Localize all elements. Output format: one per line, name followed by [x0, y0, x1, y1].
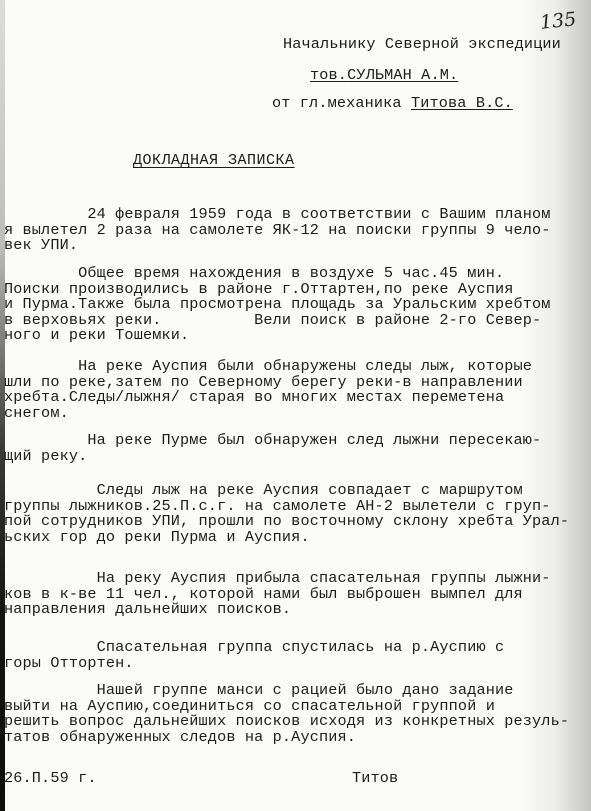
recipient-name-line: тов.СУЛЬМАН А.М. [310, 68, 458, 83]
sender-prefix: от гл.механика [272, 94, 411, 112]
folio-number: 135 [539, 8, 577, 34]
body-line: пой сотрудников УПИ, прошли по восточном… [4, 514, 569, 529]
body-line: горы Оттортен. [4, 656, 134, 671]
body-line: ного и реки Тошемки. [4, 328, 189, 343]
body-line: я вылетел 2 раза на самолете ЯК-12 на по… [4, 223, 551, 238]
document-title: ДОКЛАДНАЯ ЗАПИСКА [133, 152, 295, 169]
recipient-prefix: тов. [310, 66, 347, 84]
footer-signature: Титов [352, 771, 398, 786]
body-line: и Пурма.Также была просмотрена площадь з… [4, 297, 551, 312]
body-line: На реку Ауспия прибыла спасательная груп… [4, 571, 551, 586]
body-line: щий реку. [4, 449, 87, 464]
body-line: На реке Пурме был обнаружен след лыжни п… [4, 433, 541, 448]
body-line: хребта.Следы/лыжня/ старая во многих мес… [4, 390, 504, 405]
sender-line: от гл.механика Титова В.С. [272, 96, 513, 111]
body-line: Спасательная группа спустилась на р.Аусп… [4, 640, 504, 655]
recipient-line: Начальнику Северной экспедиции [283, 37, 561, 52]
recipient-name: СУЛЬМАН А.М. [347, 66, 458, 84]
body-line: снегом. [4, 406, 69, 421]
footer-date: 26.П.59 г. [4, 771, 97, 786]
body-line: татов обнаруженных следов на р.Ауспия. [4, 730, 356, 745]
body-line: Следы лыж на реке Ауспия совпадает с мар… [4, 483, 523, 498]
body-line: Нашей группе манси с рацией было дано за… [4, 683, 514, 698]
body-line: век УПИ. [4, 238, 78, 253]
body-line: 24 февраля 1959 года в соответствии с Ва… [4, 207, 551, 222]
body-line: решить вопрос дальнейших поисков исходя … [4, 714, 569, 729]
body-line: На реке Ауспия были обнаружены следы лыж… [4, 359, 532, 374]
document-page: 135 Начальнику Северной экспедиции тов.С… [0, 0, 591, 811]
body-line: Общее время нахождения в воздухе 5 час.4… [4, 266, 504, 281]
body-line: ьских гор до реки Пурма и Ауспия. [4, 530, 310, 545]
body-line: направления дальнейших поисков. [4, 602, 291, 617]
sender-name: Титова В.С. [411, 94, 513, 112]
